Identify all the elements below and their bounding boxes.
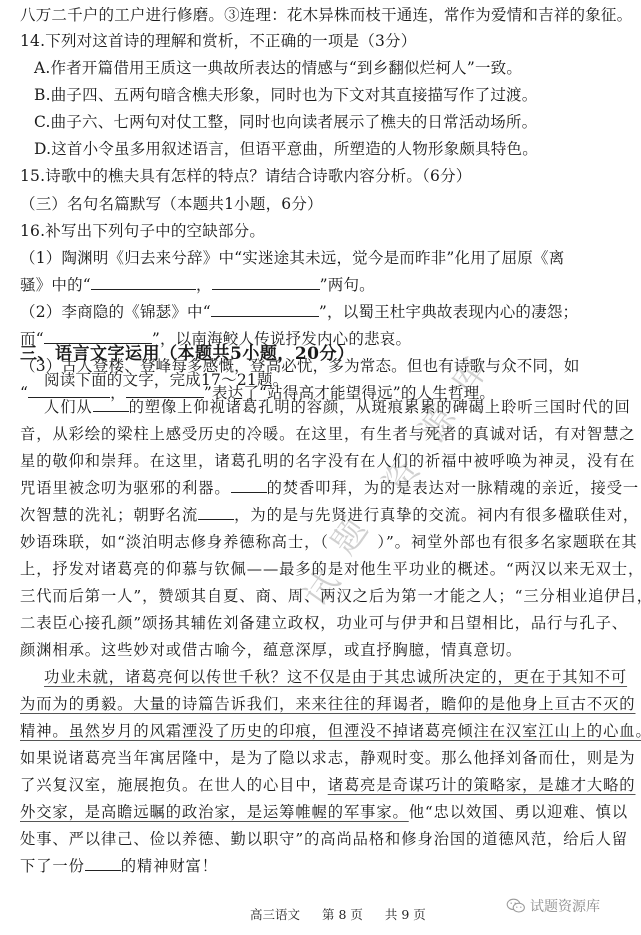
text: ，: [196, 276, 212, 294]
passage-line: 颜渊相承。这些妙对或借古喻今，蕴意深厚，或直抒胸臆，情真意切。: [20, 639, 629, 661]
answer-blank[interactable]: [44, 328, 152, 344]
text: “: [20, 384, 28, 402]
footer-total-pages: 共 9 页: [385, 907, 426, 922]
corner-watermark: 试题资源库: [506, 896, 600, 916]
option-d: D.这首小令虽多用叙述语言，但语平意曲，所塑造的人物形象颇具特色。: [34, 138, 629, 160]
passage-line-underlined: 功业未就，诸葛亮何以传世千秋？这不仅是由于其忠诚所决定的，更在于其知不可: [44, 666, 629, 688]
text: 次智慧的洗礼；朝野名流: [20, 506, 198, 524]
answer-blank[interactable]: [91, 274, 196, 290]
text: 了兴复汉室，施展抱负。在世人的心目中，: [20, 776, 328, 794]
text: 骚》中的“: [20, 276, 91, 294]
question-14: 14.下列对这首诗的理解和赏析，不正确的一项是（3分）: [20, 30, 629, 52]
answer-blank[interactable]: [93, 396, 129, 412]
underlined-text: 精神。虽然岁月的风霜湮没了历史的印痕，但湮没不掉诸葛亮倾注在汉室江山上的心血。: [20, 722, 641, 740]
q16-part2-line1: （2）李商隐的《锦瑟》中“”，以蜀王杜宇典故表现内心的凄怨；: [20, 301, 629, 323]
annotation-line: 八万二千户的工户进行修磨。③连理：花木异株而枝干通连，常作为爱情和吉祥的象征。: [20, 4, 629, 26]
text: ”两句。: [320, 276, 375, 294]
passage-line: 上，抒发对诸葛亮的仰慕与钦佩——最多的是对他生平功业的概述。“两汉以来无双士，: [20, 558, 629, 580]
passage-line: 三代而后第一人”，赞颂其自夏、商、周、两汉之后为第一才能之人；“三分相业追伊吕，: [20, 585, 629, 607]
watermark-text: 试题资源库: [530, 896, 600, 916]
q16-part1-line1: （1）陶渊明《归去来兮辞》中“实迷途其未远，觉今是而昨非”化用了屈原《离: [20, 247, 629, 269]
underlined-text: 为而为的勇毅。大量的诗篇告诉我们，来来往往的拜谒者，瞻仰的是他身上亘古不灭的: [20, 695, 635, 713]
passage-line: 处事、严以律己、俭以养德、勤以职守”的高尚品格和修身治国的道德风范，给后人留: [20, 828, 629, 850]
option-a: A.作者开篇借用王质这一典故所表达的情感与“到乡翻似烂柯人”一致。: [34, 57, 629, 79]
text: 的塑像上仰视诸葛孔明的容颜，从斑痕累累的碑碣上聆听三国时代的回: [129, 398, 631, 416]
passage-line: 人们从的塑像上仰视诸葛孔明的容颜，从斑痕累累的碑碣上聆听三国时代的回: [44, 396, 629, 418]
passage-line: 如果说诸葛亮当年寓居隆中，是为了隐以求志，静观时变。那么他择刘备而仕，则是为: [20, 747, 629, 769]
underlined-text: 功业未就，诸葛亮何以传世千秋？这不仅是由于其忠诚所决定的，更在于其知不可: [44, 668, 627, 686]
underlined-text: 外交家，是高瞻远瞩的政治家，是运筹帷幄的军事家。: [20, 803, 409, 821]
passage-line: 咒语里被念叨为驱邪的利器。的焚香叩拜，为的是表达对一脉精魂的亲近，接受一: [20, 477, 629, 499]
underlined-text: 诸葛亮是奇谋巧计的策略家，是雄才大略的: [328, 776, 636, 794]
page-footer: 高三语文 第 8 页 共 9 页: [250, 905, 444, 923]
passage-line-underlined: 精神。虽然岁月的风霜湮没了历史的印痕，但湮没不掉诸葛亮倾注在汉室江山上的心血。: [20, 720, 629, 742]
passage-line-underlined: 为而为的勇毅。大量的诗篇告诉我们，来来往往的拜谒者，瞻仰的是他身上亘古不灭的: [20, 693, 629, 715]
passage-line: 次智慧的洗礼；朝野名流，为的是与先贤进行真挚的交流。祠内有很多楹联佳对，: [20, 504, 629, 526]
reading-instruction: 阅读下面的文字，完成17～21题。: [44, 369, 629, 391]
text: ，为的是与先贤进行真挚的交流。祠内有很多楹联佳对，: [234, 506, 639, 524]
answer-blank[interactable]: [231, 477, 267, 493]
exam-page: 八万二千户的工户进行修磨。③连理：花木异株而枝干通连，常作为爱情和吉祥的象征。 …: [0, 0, 641, 935]
question-16: 16.补写出下列句子中的空缺部分。: [20, 220, 629, 242]
question-15: 15.诗歌中的樵夫具有怎样的特点？请结合诗歌内容分析。（6分）: [20, 165, 629, 187]
section-heading-dictation: （三）名句名篇默写（本题共1小题，6分）: [20, 193, 629, 215]
passage-line: 星的敬仰和崇拜。在这里，诸葛孔明的名字没有在人们的祈福中被呼唤为神灵，没有在: [20, 450, 629, 472]
wechat-icon: [506, 898, 526, 914]
answer-blank[interactable]: [85, 855, 121, 871]
text: 下了一份: [20, 857, 85, 875]
passage-line: 妙语珠联，如“淡泊明志修身养德称高士，（ ）”。祠堂外部也有很多名家题联在其: [20, 531, 629, 553]
passage-line: 下了一份的精神财富！: [20, 855, 629, 877]
text: 咒语里被念叨为驱邪的利器。: [20, 479, 231, 497]
answer-blank[interactable]: [198, 504, 234, 520]
q16-part1-line2: 骚》中的“，”两句。: [20, 274, 629, 296]
text: ”，以蜀王杜宇典故表现内心的凄怨；: [319, 303, 578, 321]
passage-line: 音，从彩绘的梁柱上感受历史的冷暖。在这里，有生者与死者的真诚对话，有对智慧之: [20, 423, 629, 445]
passage-line: 二表臣心接孔颜”颂扬其辅佐刘备建立政权，功业可与伊尹和吕望相比，品行与孔子、: [20, 612, 629, 634]
passage-line: 了兴复汉室，施展抱负。在世人的心目中，诸葛亮是奇谋巧计的策略家，是雄才大略的: [20, 774, 629, 796]
footer-subject: 高三语文: [250, 907, 300, 922]
text: 的精神财富！: [121, 857, 218, 875]
footer-page-number: 第 8 页: [322, 907, 363, 922]
option-c: C.曲子六、七两句对仗工整，同时也向读者展示了樵夫的日常活动场所。: [34, 111, 629, 133]
text: （2）李商隐的《锦瑟》中“: [20, 303, 211, 321]
answer-blank[interactable]: [212, 274, 320, 290]
part3-heading: 三、语言文字运用（本题共5小题，20分）: [20, 343, 629, 365]
text: 他“忠以效国、勇以迎难、慎以: [409, 803, 628, 821]
option-b: B.曲子四、五两句暗含樵夫形象，同时也为下文对其直接描写作了过渡。: [34, 84, 629, 106]
text: 人们从: [44, 398, 93, 416]
passage-line: 外交家，是高瞻远瞩的政治家，是运筹帷幄的军事家。他“忠以效国、勇以迎难、慎以: [20, 801, 629, 823]
answer-blank[interactable]: [211, 301, 319, 317]
text: 的焚香叩拜，为的是表达对一脉精魂的亲近，接受一: [267, 479, 640, 497]
